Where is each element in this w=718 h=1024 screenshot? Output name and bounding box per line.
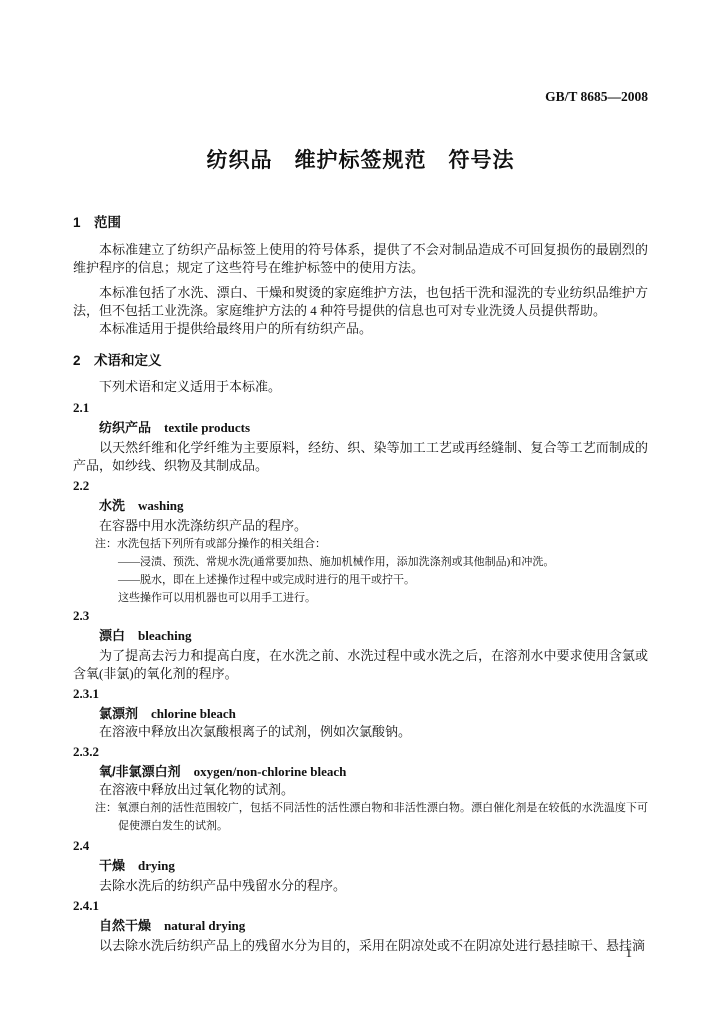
paragraph: 本标准包括了水洗、漂白、干燥和熨烫的家庭维护方法，也包括干洗和湿洗的专业纺织品维…: [73, 284, 648, 320]
document-page: GB/T 8685—2008 纺织品 维护标签规范 符号法 1范围 本标准建立了…: [0, 0, 718, 1024]
term-definition: 在溶液中释放出次氯酸根离子的试剂，例如次氯酸钠。: [73, 723, 648, 741]
term-name-zh: 水洗: [99, 498, 125, 513]
term-name-zh: 氧/非氯漂白剂: [99, 764, 181, 779]
term-name-zh: 氯漂剂: [99, 706, 138, 721]
clause-number: 2.4.1: [73, 897, 648, 915]
term-definition: 以天然纤维和化学纤维为主要原料，经纺、织、染等加工工艺或再经缝制、复合等工艺而制…: [73, 439, 648, 475]
term-name-zh: 漂白: [99, 628, 125, 643]
section-number: 2: [73, 353, 81, 368]
note: 注：氧漂白剂的活性范围较广，包括不同活性的活性漂白物和非活性漂白物。漂白催化剂是…: [95, 799, 648, 835]
term-name-en: textile products: [164, 420, 250, 435]
term-name-en: washing: [138, 498, 184, 513]
doc-number: GB/T 8685—2008: [73, 88, 648, 106]
section-number: 1: [73, 215, 81, 230]
note-label: 注：: [95, 538, 117, 550]
note-item: 这些操作可以用机器也可以用手工进行。: [118, 589, 648, 607]
clause-number: 2.3: [73, 607, 648, 625]
term-name-zh: 干燥: [99, 858, 125, 873]
paragraph: 本标准建立了纺织产品标签上使用的符号体系，提供了不会对制品造成不可回复损伤的最剧…: [73, 241, 648, 277]
term-definition: 以去除水洗后纺织产品上的残留水分为目的，采用在阴凉处或不在阴凉处进行悬挂晾干、悬…: [73, 937, 648, 955]
clause-number: 2.3.1: [73, 685, 648, 703]
clause-number: 2.2: [73, 477, 648, 495]
section-heading-terms: 2术语和定义: [73, 352, 648, 370]
term-definition: 在溶液中释放出过氧化物的试剂。: [73, 781, 648, 799]
clause-number: 2.4: [73, 837, 648, 855]
term-heading: 自然干燥natural drying: [73, 917, 648, 935]
note: 注：水洗包括下列所有或部分操作的相关组合：: [95, 535, 648, 553]
note-item: ——浸渍、预洗、常规水洗(通常要加热、施加机械作用，添加洗涤剂或其他制品)和冲洗…: [118, 553, 648, 571]
term-name-en: oxygen/non-chlorine bleach: [194, 764, 347, 779]
page-number: 1: [626, 944, 633, 962]
section-label: 范围: [94, 215, 121, 230]
term-definition: 去除水洗后的纺织产品中残留水分的程序。: [73, 877, 648, 895]
term-name-en: drying: [138, 858, 175, 873]
term-heading: 氯漂剂chlorine bleach: [73, 705, 648, 723]
section-label: 术语和定义: [94, 353, 162, 368]
note-text: 氧漂白剂的活性范围较广，包括不同活性的活性漂白物和非活性漂白物。漂白催化剂是在较…: [117, 802, 648, 832]
doc-title: 纺织品 维护标签规范 符号法: [73, 148, 648, 174]
term-heading: 纺织产品textile products: [73, 419, 648, 437]
note-item: ——脱水，即在上述操作过程中或完成时进行的甩干或拧干。: [118, 571, 648, 589]
term-definition: 在容器中用水洗涤纺织产品的程序。: [73, 517, 648, 535]
term-name-zh: 自然干燥: [99, 918, 151, 933]
section-heading-scope: 1范围: [73, 214, 648, 232]
clause-number: 2.1: [73, 399, 648, 417]
note-text: 水洗包括下列所有或部分操作的相关组合：: [117, 538, 326, 550]
paragraph: 本标准适用于提供给最终用户的所有纺织产品。: [73, 320, 648, 338]
term-heading: 氧/非氯漂白剂oxygen/non-chlorine bleach: [73, 763, 648, 781]
term-name-en: bleaching: [138, 628, 191, 643]
term-definition: 为了提高去污力和提高白度，在水洗之前、水洗过程中或水洗之后，在溶剂水中要求使用含…: [73, 647, 648, 683]
term-heading: 水洗washing: [73, 497, 648, 515]
term-heading: 干燥drying: [73, 857, 648, 875]
clause-number: 2.3.2: [73, 743, 648, 761]
term-heading: 漂白bleaching: [73, 627, 648, 645]
note-label: 注：: [95, 802, 117, 814]
term-name-zh: 纺织产品: [99, 420, 151, 435]
paragraph: 下列术语和定义适用于本标准。: [73, 378, 648, 396]
term-name-en: natural drying: [164, 918, 245, 933]
term-name-en: chlorine bleach: [151, 706, 236, 721]
